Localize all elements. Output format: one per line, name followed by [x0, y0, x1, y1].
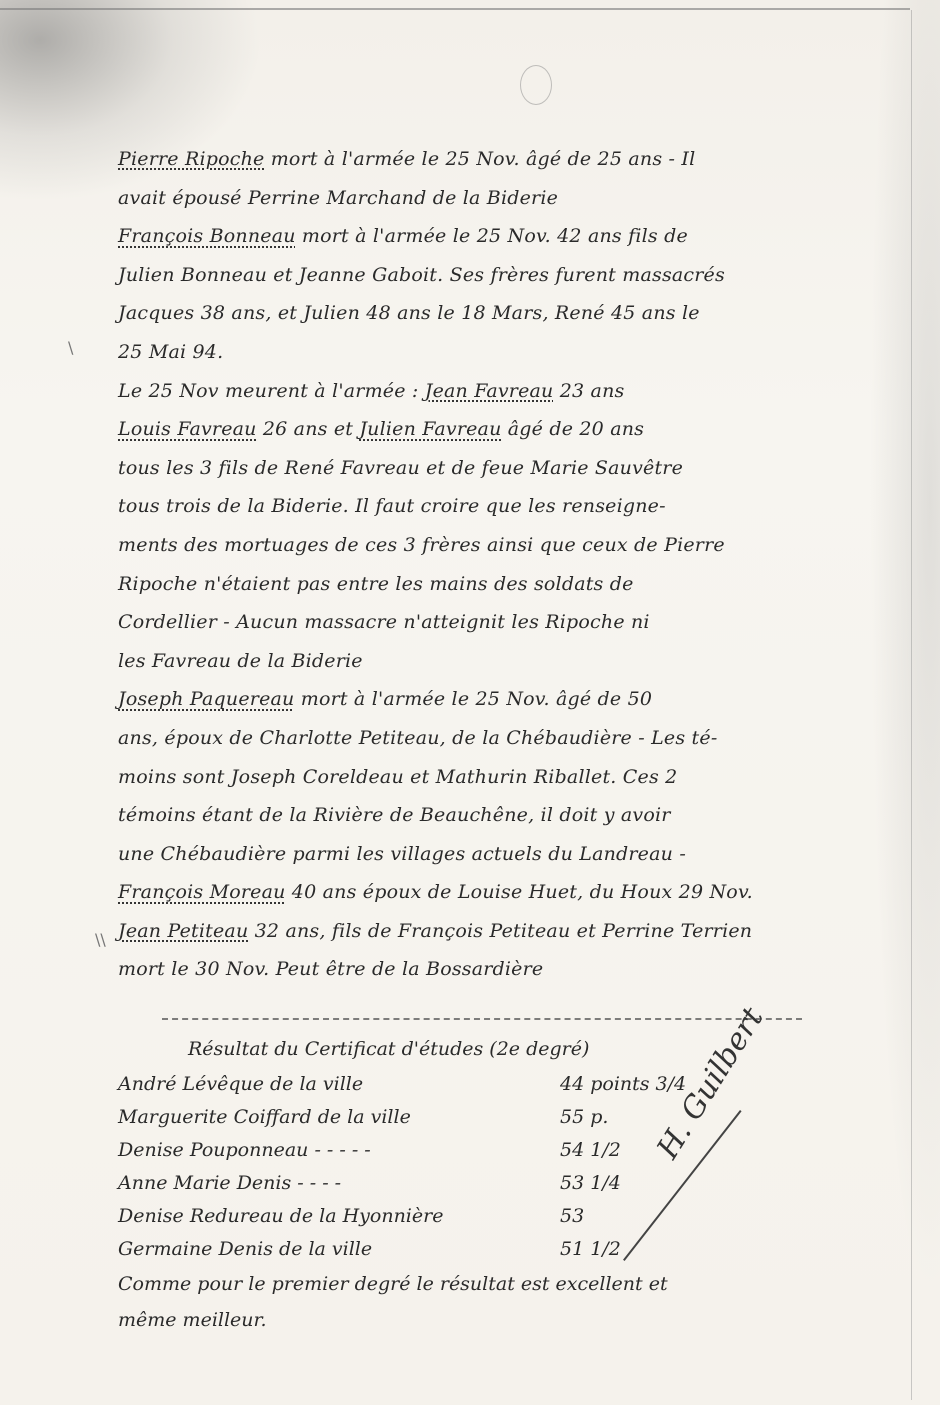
student-score: 53 1/4 [560, 1167, 760, 1200]
result-row: Denise Pouponneau - - - - - 54 1/2 [118, 1134, 878, 1167]
manuscript-line: ans, époux de Charlotte Petiteau, de la … [118, 719, 878, 758]
student-name: Anne Marie Denis - - - - [118, 1167, 560, 1200]
line-text: tous trois de la Biderie. Il faut croire… [118, 495, 666, 517]
student-name: Denise Redureau de la Hyonnière [118, 1200, 560, 1233]
line-text: âgé de 20 ans [502, 418, 645, 440]
person-name: Julien Favreau [359, 418, 501, 440]
line-text: Julien Bonneau et Jeanne Gaboit. Ses frè… [118, 264, 725, 286]
margin-mark: \ [68, 338, 73, 357]
person-name: Jean Petiteau [118, 920, 248, 942]
scanned-page: \ \\ Pierre Ripoche mort à l'armée le 25… [0, 0, 940, 1405]
person-name: Louis Favreau [118, 418, 257, 440]
line-text: 25 Mai 94. [118, 341, 223, 363]
line-text: les Favreau de la Biderie [118, 650, 363, 672]
line-text: Le 25 Nov meurent à l'armée : [118, 380, 425, 402]
line-text: tous les 3 fils de René Favreau et de fe… [118, 457, 683, 479]
paper-stain [520, 65, 552, 105]
manuscript-line: les Favreau de la Biderie [118, 642, 878, 681]
manuscript-line: moins sont Joseph Coreldeau et Mathurin … [118, 758, 878, 797]
result-row: Denise Redureau de la Hyonnière 53 [118, 1200, 878, 1233]
line-text: mort à l'armée le 25 Nov. âgé de 25 ans … [264, 148, 695, 170]
exam-results-section: Résultat du Certificat d'études (2e degr… [118, 1030, 878, 1338]
person-name: François Moreau [118, 881, 286, 903]
manuscript-line: mort le 30 Nov. Peut être de la Bossardi… [118, 950, 878, 989]
line-text: mort à l'armée le 25 Nov. 42 ans fils de [296, 225, 688, 247]
person-name: François Bonneau [118, 225, 296, 247]
line-text: Jacques 38 ans, et Julien 48 ans le 18 M… [118, 302, 700, 324]
line-text: moins sont Joseph Coreldeau et Mathurin … [118, 766, 677, 788]
student-score: 51 1/2 [560, 1233, 760, 1266]
manuscript-line: même meilleur. [118, 1302, 878, 1338]
closing-remark: Comme pour le premier degré le résultat … [118, 1266, 878, 1338]
manuscript-line: François Bonneau mort à l'armée le 25 No… [118, 217, 878, 256]
student-name: Denise Pouponneau - - - - - [118, 1134, 560, 1167]
manuscript-line: Jacques 38 ans, et Julien 48 ans le 18 M… [118, 294, 878, 333]
manuscript-line: avait épousé Perrine Marchand de la Bide… [118, 179, 878, 218]
line-text: 26 ans et [257, 418, 360, 440]
manuscript-line: tous les 3 fils de René Favreau et de fe… [118, 449, 878, 488]
section-divider [162, 1018, 802, 1020]
line-text: Cordellier - Aucun massacre n'atteignit … [118, 611, 650, 633]
page-right-edge [911, 10, 912, 1400]
manuscript-line: Comme pour le premier degré le résultat … [118, 1266, 878, 1302]
manuscript-line: Le 25 Nov meurent à l'armée : Jean Favre… [118, 372, 878, 411]
manuscript-line: Cordellier - Aucun massacre n'atteignit … [118, 603, 878, 642]
margin-mark: \\ [95, 930, 106, 949]
results-title: Résultat du Certificat d'études (2e degr… [118, 1030, 878, 1068]
manuscript-line: une Chébaudière parmi les villages actue… [118, 835, 878, 874]
line-text: 32 ans, fils de François Petiteau et Per… [248, 920, 752, 942]
person-name: Jean Favreau [425, 380, 554, 402]
line-text: avait épousé Perrine Marchand de la Bide… [118, 187, 558, 209]
line-text: ments des mortuages de ces 3 frères ains… [118, 534, 725, 556]
student-name: André Lévêque de la ville [118, 1068, 560, 1101]
line-text: mort à l'armée le 25 Nov. âgé de 50 [294, 688, 652, 710]
result-row: Germaine Denis de la ville 51 1/2 [118, 1233, 878, 1266]
manuscript-line: Louis Favreau 26 ans et Julien Favreau â… [118, 410, 878, 449]
manuscript-line: témoins étant de la Rivière de Beauchêne… [118, 796, 878, 835]
person-name: Joseph Paquereau [118, 688, 294, 710]
line-text: ans, époux de Charlotte Petiteau, de la … [118, 727, 717, 749]
result-row: Anne Marie Denis - - - - 53 1/4 [118, 1167, 878, 1200]
result-row: André Lévêque de la ville 44 points 3/4 [118, 1068, 878, 1101]
manuscript-line: Jean Petiteau 32 ans, fils de François P… [118, 912, 878, 951]
manuscript-body: Pierre Ripoche mort à l'armée le 25 Nov.… [118, 140, 878, 989]
student-name: Marguerite Coiffard de la ville [118, 1101, 560, 1134]
line-text: 40 ans époux de Louise Huet, du Houx 29 … [286, 881, 753, 903]
student-score: 53 [560, 1200, 760, 1233]
page-top-edge [0, 8, 910, 10]
manuscript-line: Pierre Ripoche mort à l'armée le 25 Nov.… [118, 140, 878, 179]
student-name: Germaine Denis de la ville [118, 1233, 560, 1266]
manuscript-line: Julien Bonneau et Jeanne Gaboit. Ses frè… [118, 256, 878, 295]
manuscript-line: 25 Mai 94. [118, 333, 878, 372]
line-text: témoins étant de la Rivière de Beauchêne… [118, 804, 671, 826]
manuscript-line: tous trois de la Biderie. Il faut croire… [118, 487, 878, 526]
line-text: Ripoche n'étaient pas entre les mains de… [118, 573, 634, 595]
result-row: Marguerite Coiffard de la ville 55 p. [118, 1101, 878, 1134]
manuscript-line: François Moreau 40 ans époux de Louise H… [118, 873, 878, 912]
manuscript-line: ments des mortuages de ces 3 frères ains… [118, 526, 878, 565]
manuscript-line: Ripoche n'étaient pas entre les mains de… [118, 565, 878, 604]
manuscript-line: Joseph Paquereau mort à l'armée le 25 No… [118, 680, 878, 719]
line-text: une Chébaudière parmi les villages actue… [118, 843, 686, 865]
line-text: mort le 30 Nov. Peut être de la Bossardi… [118, 958, 543, 980]
line-text: 23 ans [553, 380, 624, 402]
person-name: Pierre Ripoche [118, 148, 264, 170]
